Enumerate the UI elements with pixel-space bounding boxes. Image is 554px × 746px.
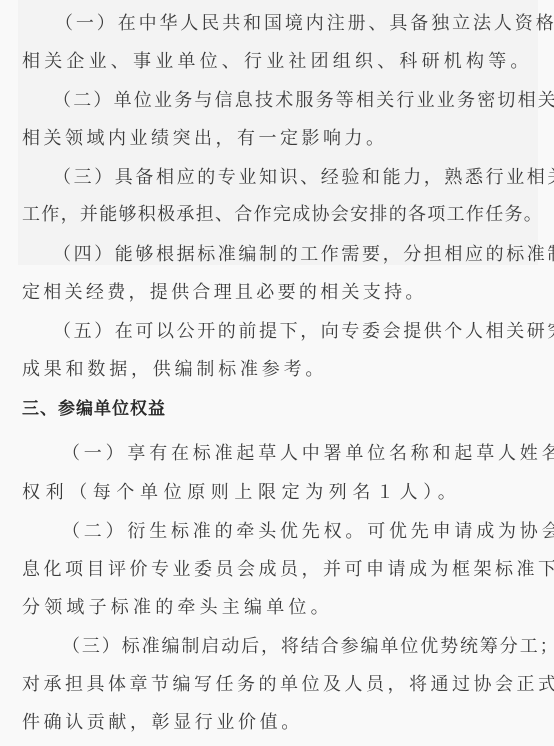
paragraph-line: （五）在可以公开的前提下，向专委会提供个人相关研究 [53,321,554,343]
paragraph-line: 息化项目评价专业委员会成员，并可申请成为框架标准下细 [22,559,554,581]
paragraph-line: 分领域子标准的牵头主编单位。 [22,597,333,619]
paragraph-line: 相关企业、事业单位、行业社团组织、科研机构等。 [22,51,533,73]
paragraph-line: （三）标准编制启动后，将结合参编单位优势统筹分工； [62,636,554,658]
paragraph-line: 工作，并能够积极承担、合作完成协会安排的各项工作任务。 [22,204,543,226]
section-heading: 三、参编单位权益 [22,398,166,420]
paragraph-line: 对承担具体章节编写任务的单位及人员，将通过协会正式文 [22,674,554,696]
document-page: （一）在中华人民共和国境内注册、具备独立法人资格的 相关企业、事业单位、行业社团… [0,0,554,746]
paragraph-line: （四）能够根据标准编制的工作需要，分担相应的标准制 [53,244,554,266]
paragraph-line: （二）衍生标准的牵头优先权。可优先申请成为协会信 [62,521,554,543]
paragraph-line: （二）单位业务与信息技术服务等相关行业业务密切相关， [53,90,554,112]
paragraph-line: （一）享有在标准起草人中署单位名称和起草人姓名的 [62,443,554,465]
paragraph-line: 成果和数据，供编制标准参考。 [22,359,327,381]
paragraph-line: 定相关经费，提供合理且必要的相关支持。 [22,282,427,304]
paragraph-line: 权利（每个单位原则上限定为列名１人）。 [22,482,461,504]
paragraph-line: 相关领域内业绩突出，有一定影响力。 [22,128,388,150]
paragraph-line: 件确认贡献，彰显行业价值。 [22,712,303,734]
paragraph-line: （一）在中华人民共和国境内注册、具备独立法人资格的 [55,13,554,35]
paragraph-line: （三）具备相应的专业知识、经验和能力，熟悉行业相关 [53,167,554,189]
